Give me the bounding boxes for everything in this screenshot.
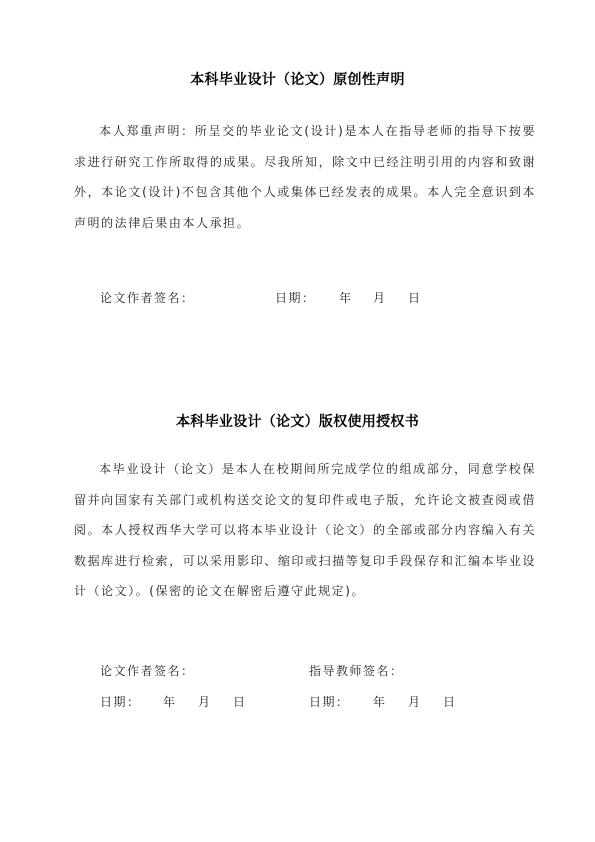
- authorization-advisor-date-label: 日期：: [309, 693, 350, 710]
- authorization-body: 本毕业设计（论文）是本人在校期间所完成学位的组成部分，同意学校保留并向国家有关部…: [74, 454, 536, 607]
- authorization-author-month-label: 月: [198, 693, 212, 710]
- declaration-year-label: 年: [339, 289, 353, 306]
- authorization-advisor-signature-label: 指导教师签名：: [309, 662, 404, 679]
- authorization-author-date-label: 日期：: [100, 693, 141, 710]
- declaration-day-label: 日: [408, 289, 422, 306]
- authorization-author-year-label: 年: [163, 693, 177, 710]
- authorization-author-signature-label: 论文作者签名：: [100, 662, 195, 679]
- declaration-month-label: 月: [373, 289, 387, 306]
- authorization-advisor-year-label: 年: [373, 693, 387, 710]
- declaration-date-label: 日期：: [275, 289, 316, 306]
- declaration-title: 本科毕业设计（论文）原创性声明: [0, 69, 595, 89]
- authorization-title: 本科毕业设计（论文）版权使用授权书: [0, 411, 595, 431]
- authorization-advisor-day-label: 日: [443, 693, 457, 710]
- authorization-advisor-month-label: 月: [408, 693, 422, 710]
- declaration-author-signature-label: 论文作者签名：: [100, 289, 195, 306]
- authorization-author-day-label: 日: [233, 693, 247, 710]
- declaration-body: 本人郑重声明：所呈交的毕业论文(设计)是本人在指导老师的指导下按要求进行研究工作…: [74, 116, 536, 238]
